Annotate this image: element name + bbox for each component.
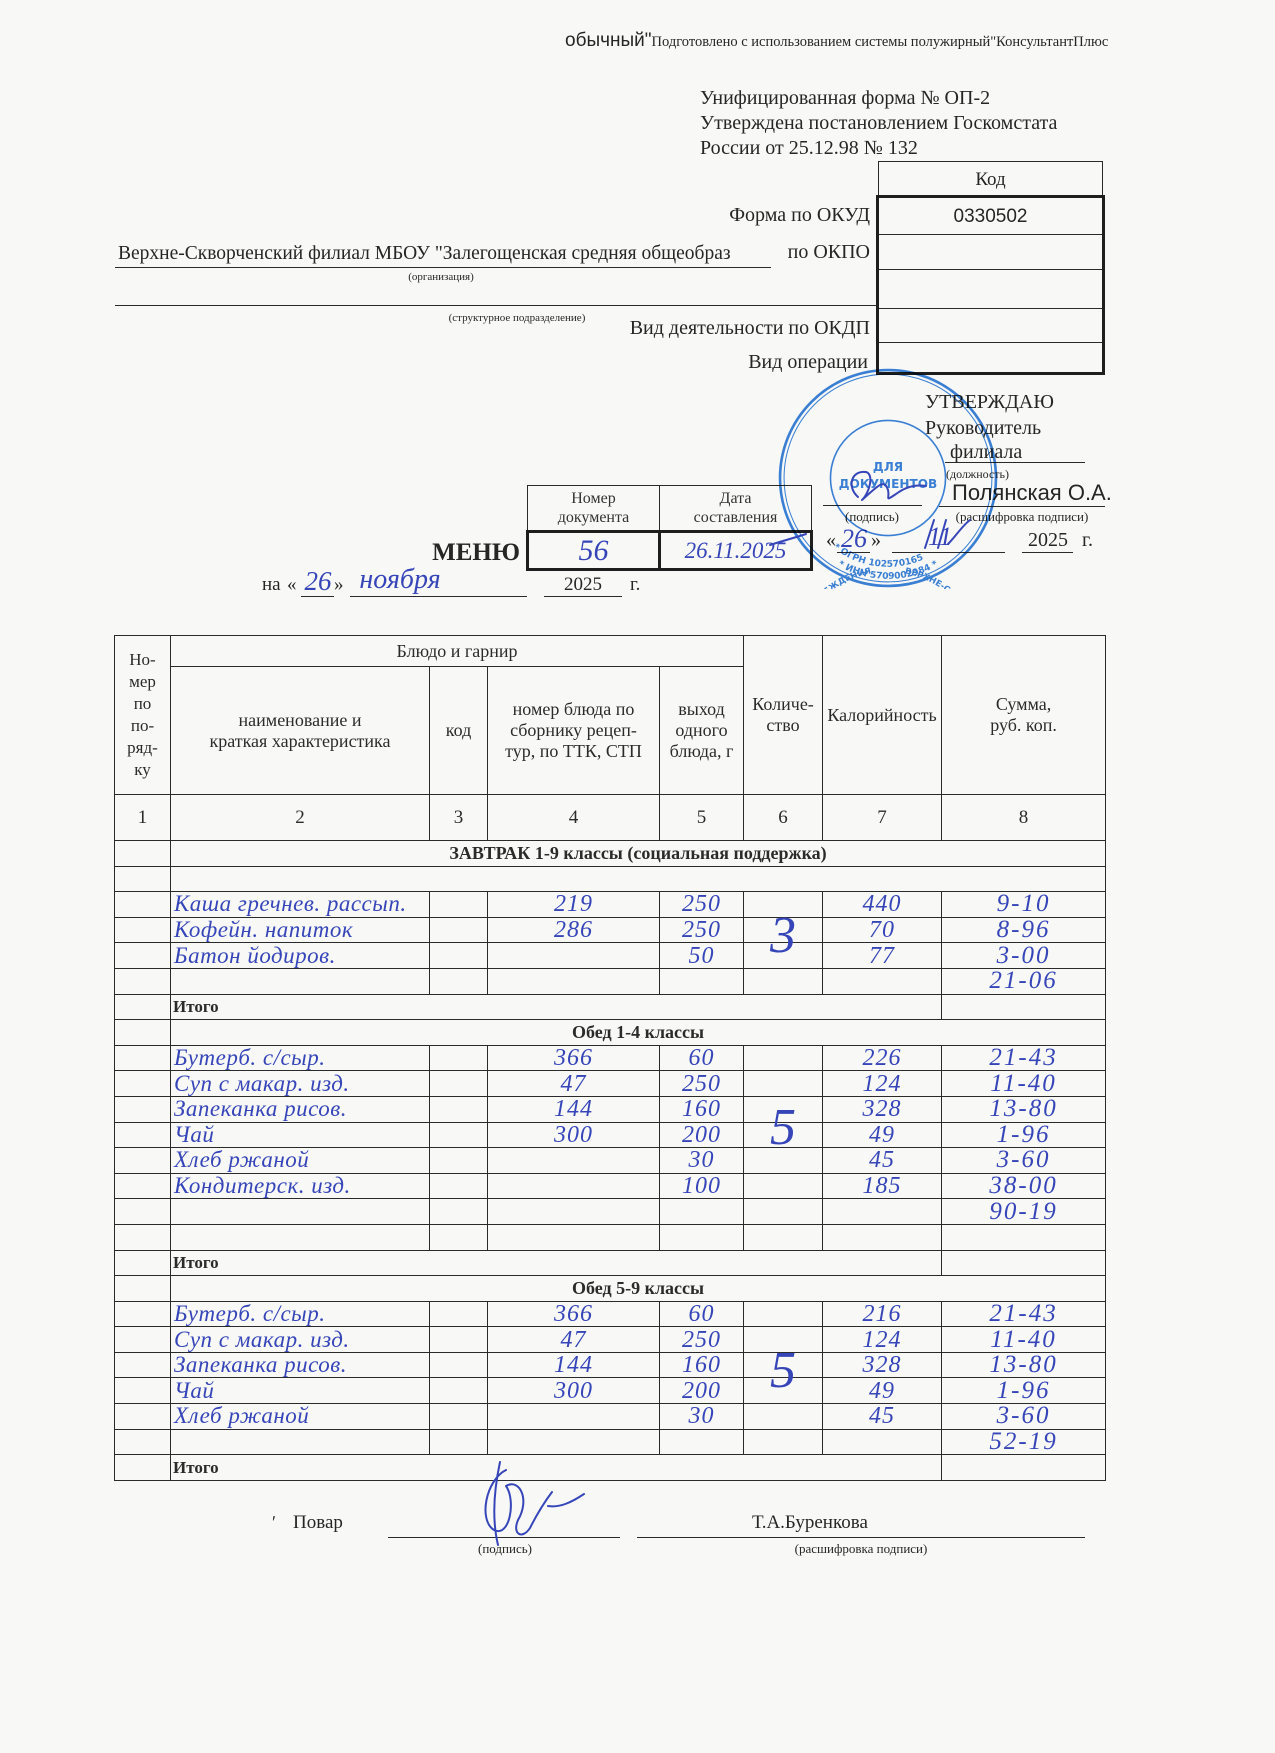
dish-quantity-cell	[744, 1071, 823, 1097]
blank-cell	[660, 1429, 744, 1455]
dish-sum: 11-40	[942, 1327, 1106, 1353]
menu-item-row: Каша гречнев. рассып.2192504409-10	[115, 892, 1106, 918]
menu-date-year: 2025	[564, 574, 602, 596]
blank-row	[115, 866, 1106, 892]
approval-year-suffix: г.	[1082, 528, 1093, 552]
dish-calories: 49	[823, 1122, 942, 1148]
blank-cell	[115, 1224, 171, 1250]
menu-item-row: Хлеб ржаной30453-60	[115, 1404, 1106, 1430]
dish-code	[430, 1301, 488, 1327]
dish-name: Хлеб ржаной	[171, 1404, 430, 1430]
dish-code	[430, 1404, 488, 1430]
row-number-cell	[115, 1378, 171, 1404]
menu-item-row: Кофейн. напиток286250708-96	[115, 917, 1106, 943]
menu-date-month: ноября	[359, 564, 440, 596]
total-label: Итого	[171, 994, 942, 1020]
dish-code	[430, 892, 488, 918]
dish-name: Запеканка рисов.	[171, 1096, 430, 1122]
dish-code	[430, 1327, 488, 1353]
subtotal-row: 52-19	[115, 1429, 1106, 1455]
dish-calories: 440	[823, 892, 942, 918]
okdp-code	[879, 309, 1102, 343]
dish-sum: 21-43	[942, 1301, 1106, 1327]
column-number-row: 1 2 3 4 5 6 7 8	[115, 795, 1106, 841]
col-header-code: код	[430, 667, 488, 795]
dish-sum: 9-10	[942, 892, 1106, 918]
dish-yield: 160	[660, 1352, 744, 1378]
dish-name: Чай	[171, 1122, 430, 1148]
dish-yield: 200	[660, 1122, 744, 1148]
column-number: 1	[115, 795, 171, 841]
cook-role: Повар	[293, 1512, 343, 1534]
blank-cell	[171, 1199, 430, 1225]
stamp-center-line1: ДЛЯ	[873, 460, 903, 474]
cook-signature-caption: (подпись)	[478, 1541, 532, 1557]
blank-cell	[823, 1199, 942, 1225]
dish-sum: 3-60	[942, 1404, 1106, 1430]
menu-item-row: Бутерб. с/сыр.3666021621-43	[115, 1301, 1106, 1327]
blank-cell	[171, 968, 430, 994]
menu-date-month-underline	[350, 596, 527, 597]
dish-quantity-cell	[744, 1301, 823, 1327]
total-label: Итого	[171, 1250, 942, 1276]
organization-stamp: ВЕРХНЕ-СКВОРЧЕНСКИЙ ФИЛИАЛ МУНИЦИПАЛЬНОГ…	[777, 367, 999, 589]
dish-yield: 50	[660, 943, 744, 969]
blank-cell	[744, 1199, 823, 1225]
code-header: Код	[878, 161, 1103, 197]
dish-recipe-number: 366	[488, 1301, 660, 1327]
menu-item-row: Чай300200491-96	[115, 1378, 1106, 1404]
menu-document-page: обычный"Подготовлено с использованием си…	[0, 0, 1275, 1753]
dish-name: Бутерб. с/сыр.	[171, 1301, 430, 1327]
section-title-row: ЗАВТРАК 1-9 классы (социальная поддержка…	[115, 841, 1106, 867]
dish-quantity-cell	[744, 1045, 823, 1071]
consultant-note: обычный"Подготовлено с использованием си…	[565, 30, 1108, 52]
row-number-cell	[115, 1071, 171, 1097]
dish-yield: 250	[660, 917, 744, 943]
total-row: Итого	[115, 994, 1106, 1020]
dish-yield: 250	[660, 1071, 744, 1097]
total-row: Итого	[115, 1250, 1106, 1276]
dish-sum: 11-40	[942, 1071, 1106, 1097]
total-row: Итого	[115, 1455, 1106, 1481]
row-number-cell	[115, 1096, 171, 1122]
footer-mark: ʹ	[272, 1512, 276, 1533]
column-number: 2	[171, 795, 430, 841]
row-number-cell	[115, 994, 171, 1020]
menu-table-wrapper: Но- мер по по- ряд- ку Блюдо и гарнир Ко…	[114, 635, 1105, 1481]
dish-name: Запеканка рисов.	[171, 1352, 430, 1378]
dish-yield: 250	[660, 1327, 744, 1353]
blank-cell	[488, 1224, 660, 1250]
dish-sum: 1-96	[942, 1122, 1106, 1148]
menu-item-row: Запеканка рисов.14416032813-80	[115, 1096, 1106, 1122]
dish-calories: 226	[823, 1045, 942, 1071]
row-number-cell	[115, 1250, 171, 1276]
subtotal-row: 21-06	[115, 968, 1106, 994]
dish-code	[430, 917, 488, 943]
col-header-row-number: Но- мер по по- ряд- ку	[115, 636, 171, 795]
consultant-note-text: Подготовлено с использованием системы по…	[652, 34, 1109, 50]
menu-item-row: Хлеб ржаной30453-60	[115, 1148, 1106, 1174]
dish-sum: 8-96	[942, 917, 1106, 943]
dish-yield: 160	[660, 1096, 744, 1122]
row-number-cell	[115, 1122, 171, 1148]
blank-cell	[823, 968, 942, 994]
consultant-note-style-word: обычный"	[565, 30, 652, 51]
total-sum	[942, 1455, 1106, 1481]
dish-code	[430, 1071, 488, 1097]
document-title: МЕНЮ	[432, 538, 520, 568]
approval-year: 2025	[1028, 528, 1068, 552]
dish-yield: 60	[660, 1045, 744, 1071]
row-number-cell	[115, 1404, 171, 1430]
stamp-center-line2: ДОКУМЕНТОВ	[839, 477, 937, 491]
row-number-cell	[115, 1327, 171, 1353]
menu-date-day: 26	[305, 566, 332, 597]
table-header-row: Но- мер по по- ряд- ку Блюдо и гарнир Ко…	[115, 636, 1106, 667]
form-info-line1: Унифицированная форма № ОП-2	[700, 86, 990, 110]
section-subtotal: 52-19	[942, 1429, 1106, 1455]
blank-cell	[488, 968, 660, 994]
dish-calories: 328	[823, 1096, 942, 1122]
blank-cell	[488, 1429, 660, 1455]
okpo-label: по ОКПО	[788, 240, 870, 264]
dish-quantity-cell	[744, 1173, 823, 1199]
dish-yield: 60	[660, 1301, 744, 1327]
dish-calories: 70	[823, 917, 942, 943]
dish-name: Суп с макар. изд.	[171, 1071, 430, 1097]
menu-date-close-quote: »	[334, 574, 344, 596]
okpo-code	[879, 235, 1102, 270]
col-header-quantity: Количе- ство	[744, 636, 823, 795]
dish-sum: 3-00	[942, 943, 1106, 969]
row-number-cell	[115, 943, 171, 969]
column-number: 6	[744, 795, 823, 841]
extra-code	[879, 270, 1102, 309]
dish-calories: 328	[823, 1352, 942, 1378]
row-number-cell	[115, 1045, 171, 1071]
blank-cell	[430, 1199, 488, 1225]
organization-underline	[115, 267, 771, 268]
total-label: Итого	[171, 1455, 942, 1481]
total-sum	[942, 994, 1106, 1020]
column-number: 8	[942, 795, 1106, 841]
dish-recipe-number: 366	[488, 1045, 660, 1071]
dish-calories: 49	[823, 1378, 942, 1404]
section-quantity: 3	[744, 910, 823, 962]
menu-item-row: Кондитерск. изд.10018538-00	[115, 1173, 1106, 1199]
cook-name-underline	[637, 1537, 1085, 1538]
row-number-cell	[115, 1352, 171, 1378]
col-header-dish-group: Блюдо и гарнир	[171, 636, 744, 667]
blank-cell	[115, 968, 171, 994]
menu-date-year-underline	[544, 596, 622, 597]
blank-cell	[430, 968, 488, 994]
dish-recipe-number	[488, 1148, 660, 1174]
section-title-row: Обед 1-4 классы	[115, 1020, 1106, 1046]
blank-cell	[171, 1429, 430, 1455]
dish-name: Чай	[171, 1378, 430, 1404]
document-number-box: Номер документа Дата составления 56 26.1…	[526, 485, 813, 571]
blank-cell	[488, 1199, 660, 1225]
dish-name: Суп с макар. изд.	[171, 1327, 430, 1353]
dish-yield: 250	[660, 892, 744, 918]
dish-sum: 13-80	[942, 1352, 1106, 1378]
menu-date-open-quote: «	[287, 574, 297, 596]
dish-name: Кондитерск. изд.	[171, 1173, 430, 1199]
menu-item-row: Запеканка рисов.14416032813-80	[115, 1352, 1106, 1378]
col-header-calories: Калорийность	[823, 636, 942, 795]
blank-cell	[942, 1224, 1106, 1250]
row-number-cell	[115, 1455, 171, 1481]
menu-item-row: Суп с макар. изд.4725012411-40	[115, 1327, 1106, 1353]
dish-code	[430, 1096, 488, 1122]
subtotal-row: 90-19	[115, 1199, 1106, 1225]
column-number: 3	[430, 795, 488, 841]
section-subtotal: 21-06	[942, 968, 1106, 994]
menu-item-row: Суп с макар. изд.4725012411-40	[115, 1071, 1106, 1097]
dish-recipe-number: 300	[488, 1378, 660, 1404]
blank-cell	[660, 1224, 744, 1250]
dish-calories: 45	[823, 1148, 942, 1174]
dish-recipe-number: 144	[488, 1352, 660, 1378]
menu-table: Но- мер по по- ряд- ку Блюдо и гарнир Ко…	[114, 635, 1106, 1481]
section-title: Обед 5-9 классы	[171, 1276, 1106, 1302]
blank-cell	[660, 1199, 744, 1225]
dish-code	[430, 1378, 488, 1404]
cook-name: Т.А.Буренкова	[752, 1512, 868, 1534]
organization-caption: (организация)	[408, 270, 474, 284]
dish-calories: 124	[823, 1071, 942, 1097]
dish-sum: 13-80	[942, 1096, 1106, 1122]
row-number-cell	[115, 917, 171, 943]
menu-table-body: ЗАВТРАК 1-9 классы (социальная поддержка…	[115, 841, 1106, 1481]
blank-cell	[430, 1224, 488, 1250]
subdivision-caption: (структурное подразделение)	[449, 311, 586, 325]
dish-calories: 185	[823, 1173, 942, 1199]
okud-code: 0330502	[879, 198, 1102, 235]
blank-cell	[660, 968, 744, 994]
col-header-recipe-number: номер блюда по сборнику рецеп- тур, по Т…	[488, 667, 660, 795]
dish-code	[430, 1173, 488, 1199]
row-number-cell	[115, 1276, 171, 1302]
dish-code	[430, 1045, 488, 1071]
dish-recipe-number: 47	[488, 1327, 660, 1353]
row-number-cell	[115, 1020, 171, 1046]
dish-sum: 38-00	[942, 1173, 1106, 1199]
dish-quantity-cell	[744, 1404, 823, 1430]
total-sum	[942, 1250, 1106, 1276]
row-number-cell	[115, 1148, 171, 1174]
dish-yield: 30	[660, 1148, 744, 1174]
dish-calories: 77	[823, 943, 942, 969]
menu-item-row: Бутерб. с/сыр.3666022621-43	[115, 1045, 1106, 1071]
section-quantity: 5	[744, 1102, 823, 1154]
menu-item-row: Чай300200491-96	[115, 1122, 1106, 1148]
section-title: ЗАВТРАК 1-9 классы (социальная поддержка…	[171, 841, 1106, 867]
dish-recipe-number	[488, 1404, 660, 1430]
blank-cell	[115, 1199, 171, 1225]
row-number-cell	[115, 892, 171, 918]
dish-code	[430, 943, 488, 969]
dish-sum: 1-96	[942, 1378, 1106, 1404]
dish-recipe-number: 47	[488, 1071, 660, 1097]
menu-date-day-underline	[301, 596, 334, 597]
dish-code	[430, 1352, 488, 1378]
cook-name-caption: (расшифровка подписи)	[795, 1541, 928, 1557]
blank-cell	[171, 1224, 430, 1250]
approval-year-underline	[1022, 552, 1073, 553]
blank-cell	[744, 968, 823, 994]
dish-recipe-number	[488, 943, 660, 969]
row-number-cell	[115, 841, 171, 867]
dish-calories: 216	[823, 1301, 942, 1327]
menu-date-on-label: на	[262, 574, 281, 596]
section-quantity: 5	[744, 1345, 823, 1397]
column-number: 5	[660, 795, 744, 841]
form-info-line2: Утверждена постановлением Госкомстата	[700, 111, 1057, 135]
cook-signature-underline	[388, 1537, 620, 1538]
dish-code	[430, 1122, 488, 1148]
blank-cell	[430, 1429, 488, 1455]
col-header-yield: выход одного блюда, г	[660, 667, 744, 795]
code-box: 0330502	[876, 195, 1105, 375]
dish-sum: 3-60	[942, 1148, 1106, 1174]
dish-name: Каша гречнев. рассып.	[171, 892, 430, 918]
section-title-row: Обед 5-9 классы	[115, 1276, 1106, 1302]
organization-name: Верхне-Скворченский филиал МБОУ "Залегощ…	[118, 242, 731, 266]
column-number: 4	[488, 795, 660, 841]
document-number: 56	[528, 532, 660, 570]
menu-date-year-suffix: г.	[630, 574, 640, 596]
section-title: Обед 1-4 классы	[171, 1020, 1106, 1046]
dish-name: Кофейн. напиток	[171, 917, 430, 943]
dish-calories: 124	[823, 1327, 942, 1353]
section-subtotal: 90-19	[942, 1199, 1106, 1225]
blank-cell	[823, 1429, 942, 1455]
dish-recipe-number: 144	[488, 1096, 660, 1122]
form-info-line3: России от 25.12.98 № 132	[700, 136, 918, 160]
dish-name: Бутерб. с/сыр.	[171, 1045, 430, 1071]
okdp-label: Вид деятельности по ОКДП	[630, 316, 870, 340]
document-number-header: Номер документа	[528, 486, 660, 532]
subdivision-underline	[115, 305, 878, 306]
blank-cell	[744, 1224, 823, 1250]
okud-label: Форма по ОКУД	[729, 203, 870, 227]
col-header-sum: Сумма, руб. коп.	[942, 636, 1106, 795]
row-number-cell	[115, 1173, 171, 1199]
row-number-cell	[115, 1301, 171, 1327]
col-header-name: наименование и краткая характеристика	[171, 667, 430, 795]
blank-cell	[115, 1429, 171, 1455]
dish-calories: 45	[823, 1404, 942, 1430]
dish-name: Батон йодиров.	[171, 943, 430, 969]
row-number-cell	[115, 866, 171, 892]
blank-cell	[744, 1429, 823, 1455]
menu-item-row: Батон йодиров.50773-00	[115, 943, 1106, 969]
dish-yield: 30	[660, 1404, 744, 1430]
column-number: 7	[823, 795, 942, 841]
dish-sum: 21-43	[942, 1045, 1106, 1071]
dish-recipe-number: 286	[488, 917, 660, 943]
dish-recipe-number	[488, 1173, 660, 1199]
dish-yield: 100	[660, 1173, 744, 1199]
blank-cell	[171, 866, 1106, 892]
dish-recipe-number: 219	[488, 892, 660, 918]
dish-name: Хлеб ржаной	[171, 1148, 430, 1174]
dish-code	[430, 1148, 488, 1174]
dish-recipe-number: 300	[488, 1122, 660, 1148]
dish-yield: 200	[660, 1378, 744, 1404]
blank-cell	[823, 1224, 942, 1250]
blank-row	[115, 1224, 1106, 1250]
